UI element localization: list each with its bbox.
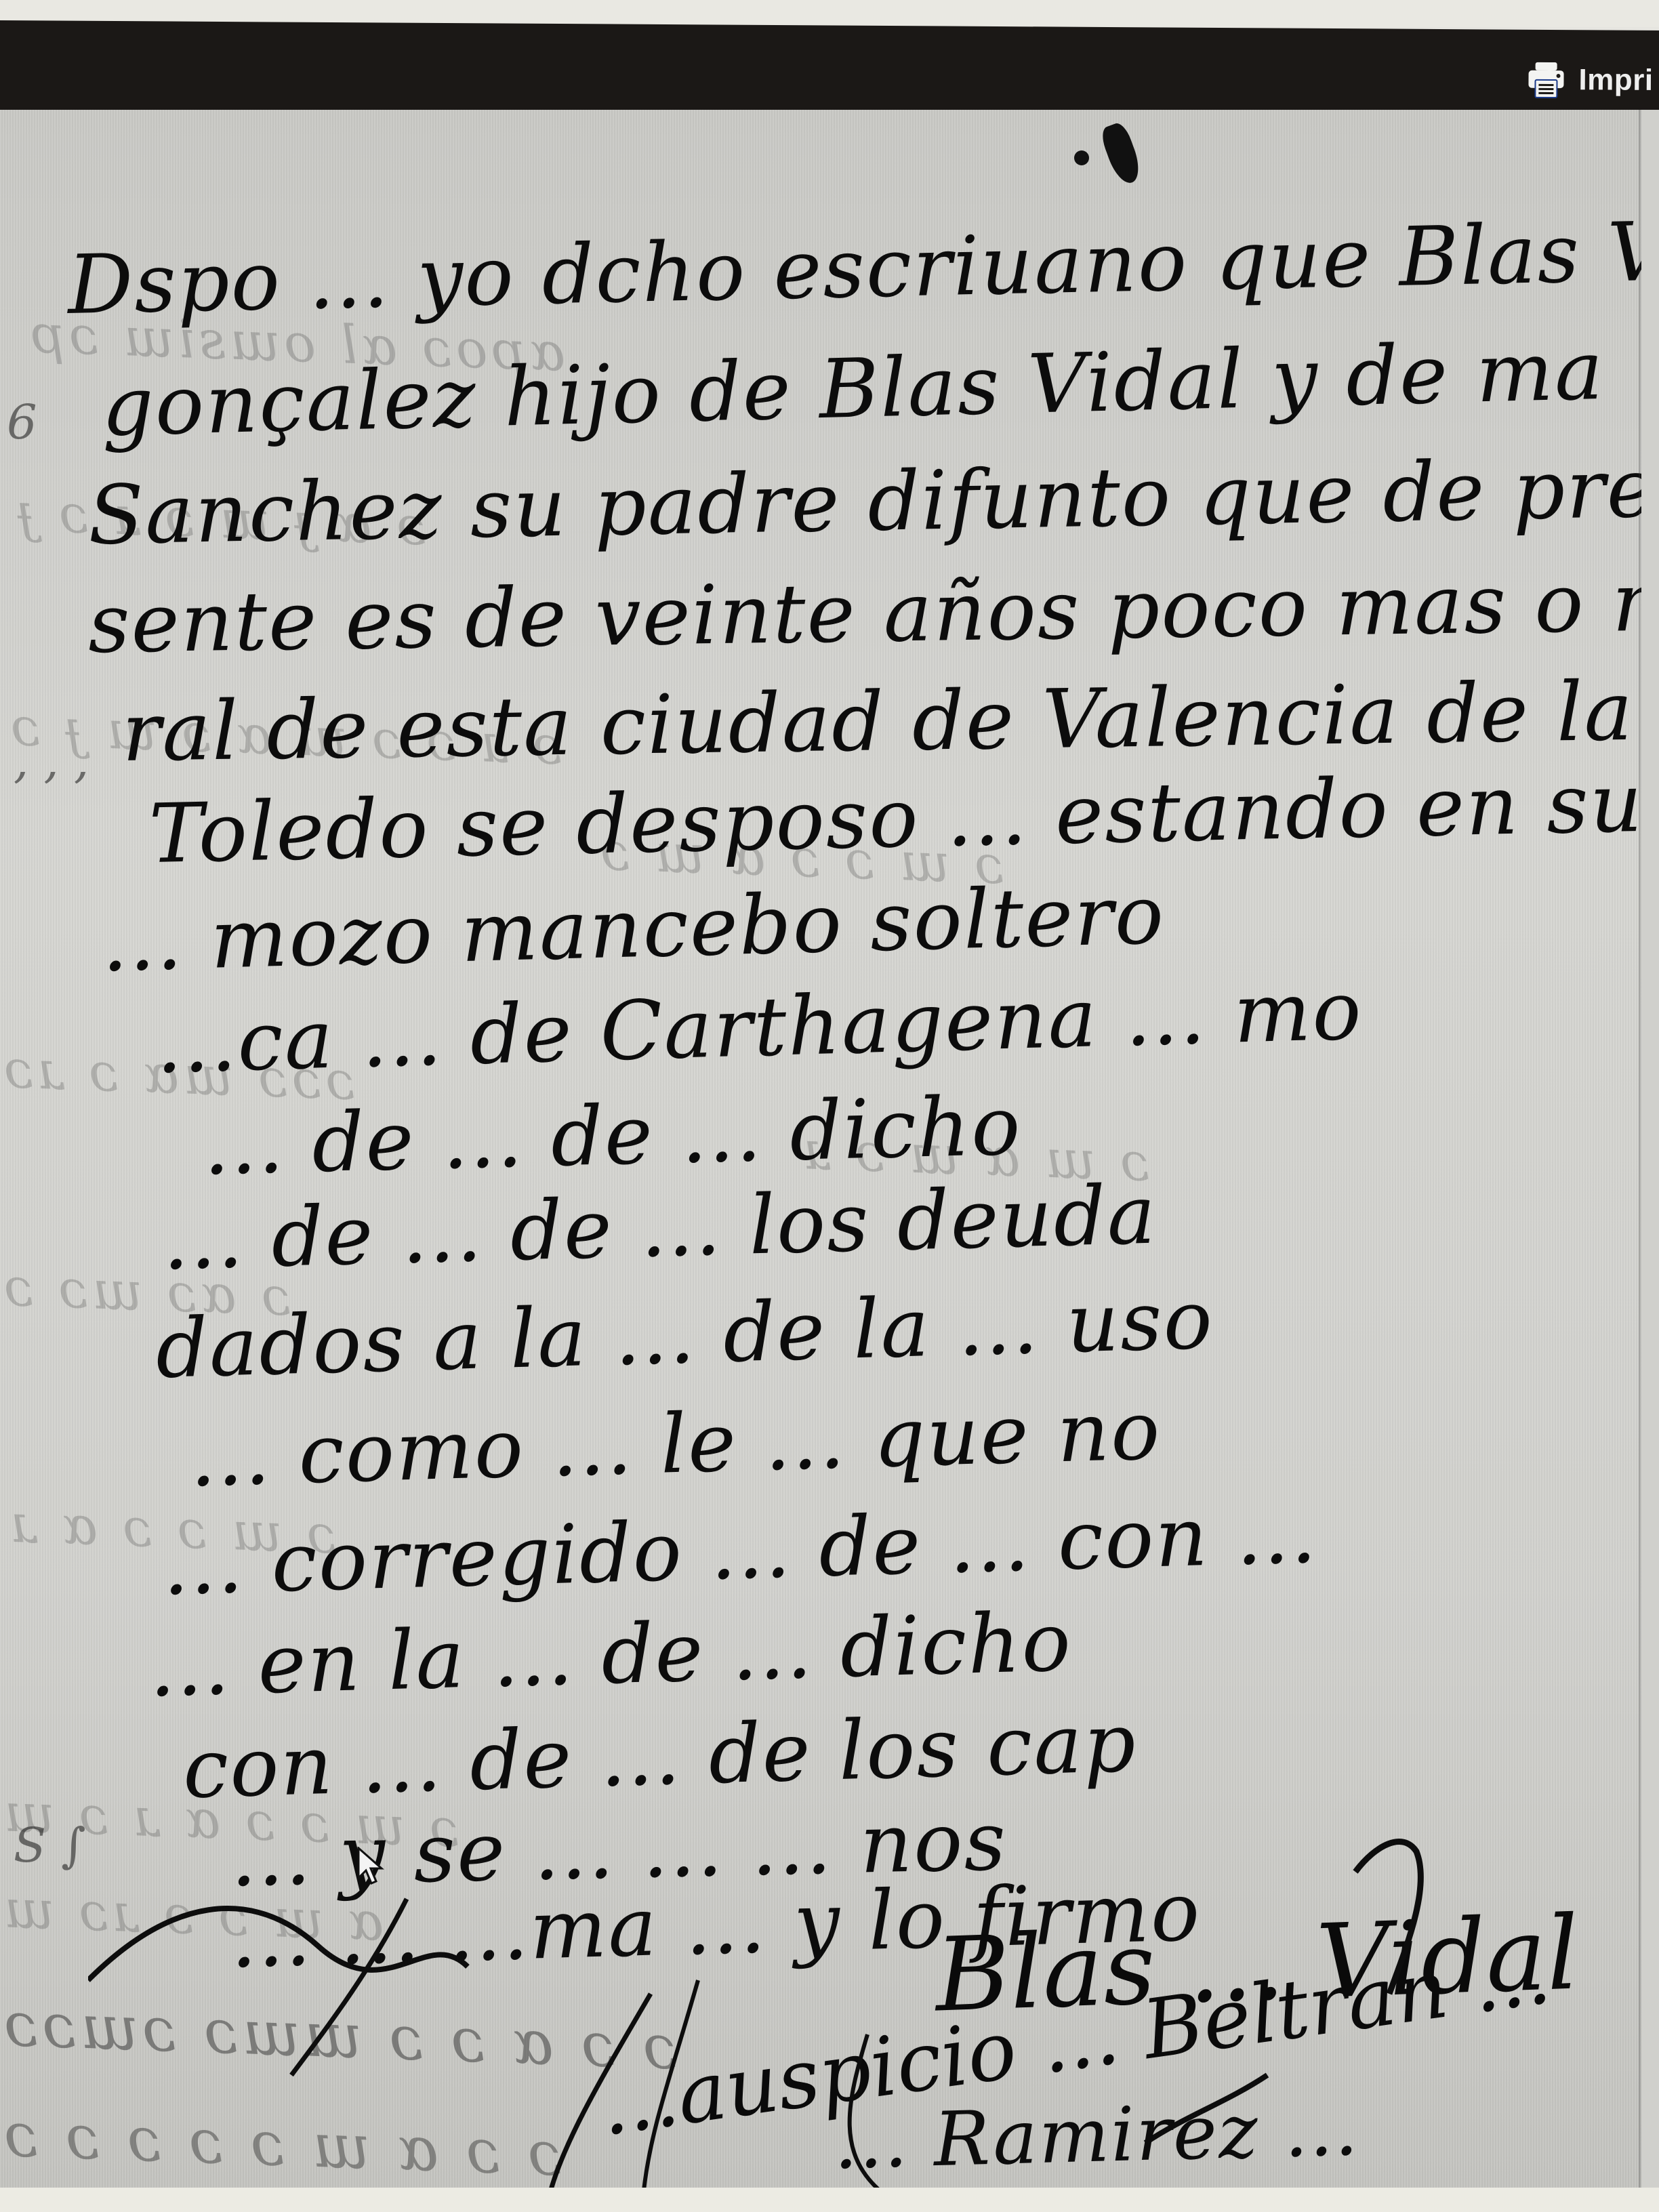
ink-dot — [1074, 150, 1089, 165]
manuscript-line: Sanchez su padre difunto que de pre — [87, 442, 1657, 563]
document-viewer[interactable]: ɑpoɔ ɑl oɯsiɯ ɔp ɔ ɑ ɟ ɯ ɔ ɹ ɔ ɟ ɔ ɹ ɔ ɔ… — [0, 110, 1659, 2190]
mouse-cursor-icon — [357, 1847, 384, 1887]
manuscript-line: sente es de veinte años poco mas o menos… — [87, 549, 1659, 672]
manuscript-line: Dspo ... yo dcho escriuano que Blas Vida… — [67, 202, 1659, 333]
printer-icon — [1525, 60, 1566, 100]
adjacent-page — [1641, 110, 1659, 2190]
ink-blot — [1099, 121, 1145, 187]
bottom-screen-strip — [0, 2188, 1659, 2212]
print-button[interactable]: Impri — [1525, 60, 1653, 101]
manuscript-line: ... como ... le ... que no — [188, 1384, 1162, 1505]
print-label: Impri — [1578, 63, 1653, 98]
manuscript-line: ... mozo mancebo soltero — [100, 868, 1166, 990]
margin-mark: S ∫ — [14, 1818, 86, 1873]
manuscript-line-bottom: ... Ramirez ... — [832, 2085, 1360, 2186]
margin-mark: , , , — [14, 733, 89, 789]
margin-mark: 6 — [7, 394, 37, 450]
viewer-toolbar: Impri — [0, 20, 1659, 120]
manuscript-line: ... en la ... de ... dicho — [148, 1595, 1073, 1715]
manuscript-line: dados a la ... de la ... uso — [155, 1273, 1214, 1397]
manuscript-page: ɑpoɔ ɑl oɯsiɯ ɔp ɔ ɑ ɟ ɯ ɔ ɹ ɔ ɟ ɔ ɹ ɔ ɔ… — [0, 110, 1640, 2190]
